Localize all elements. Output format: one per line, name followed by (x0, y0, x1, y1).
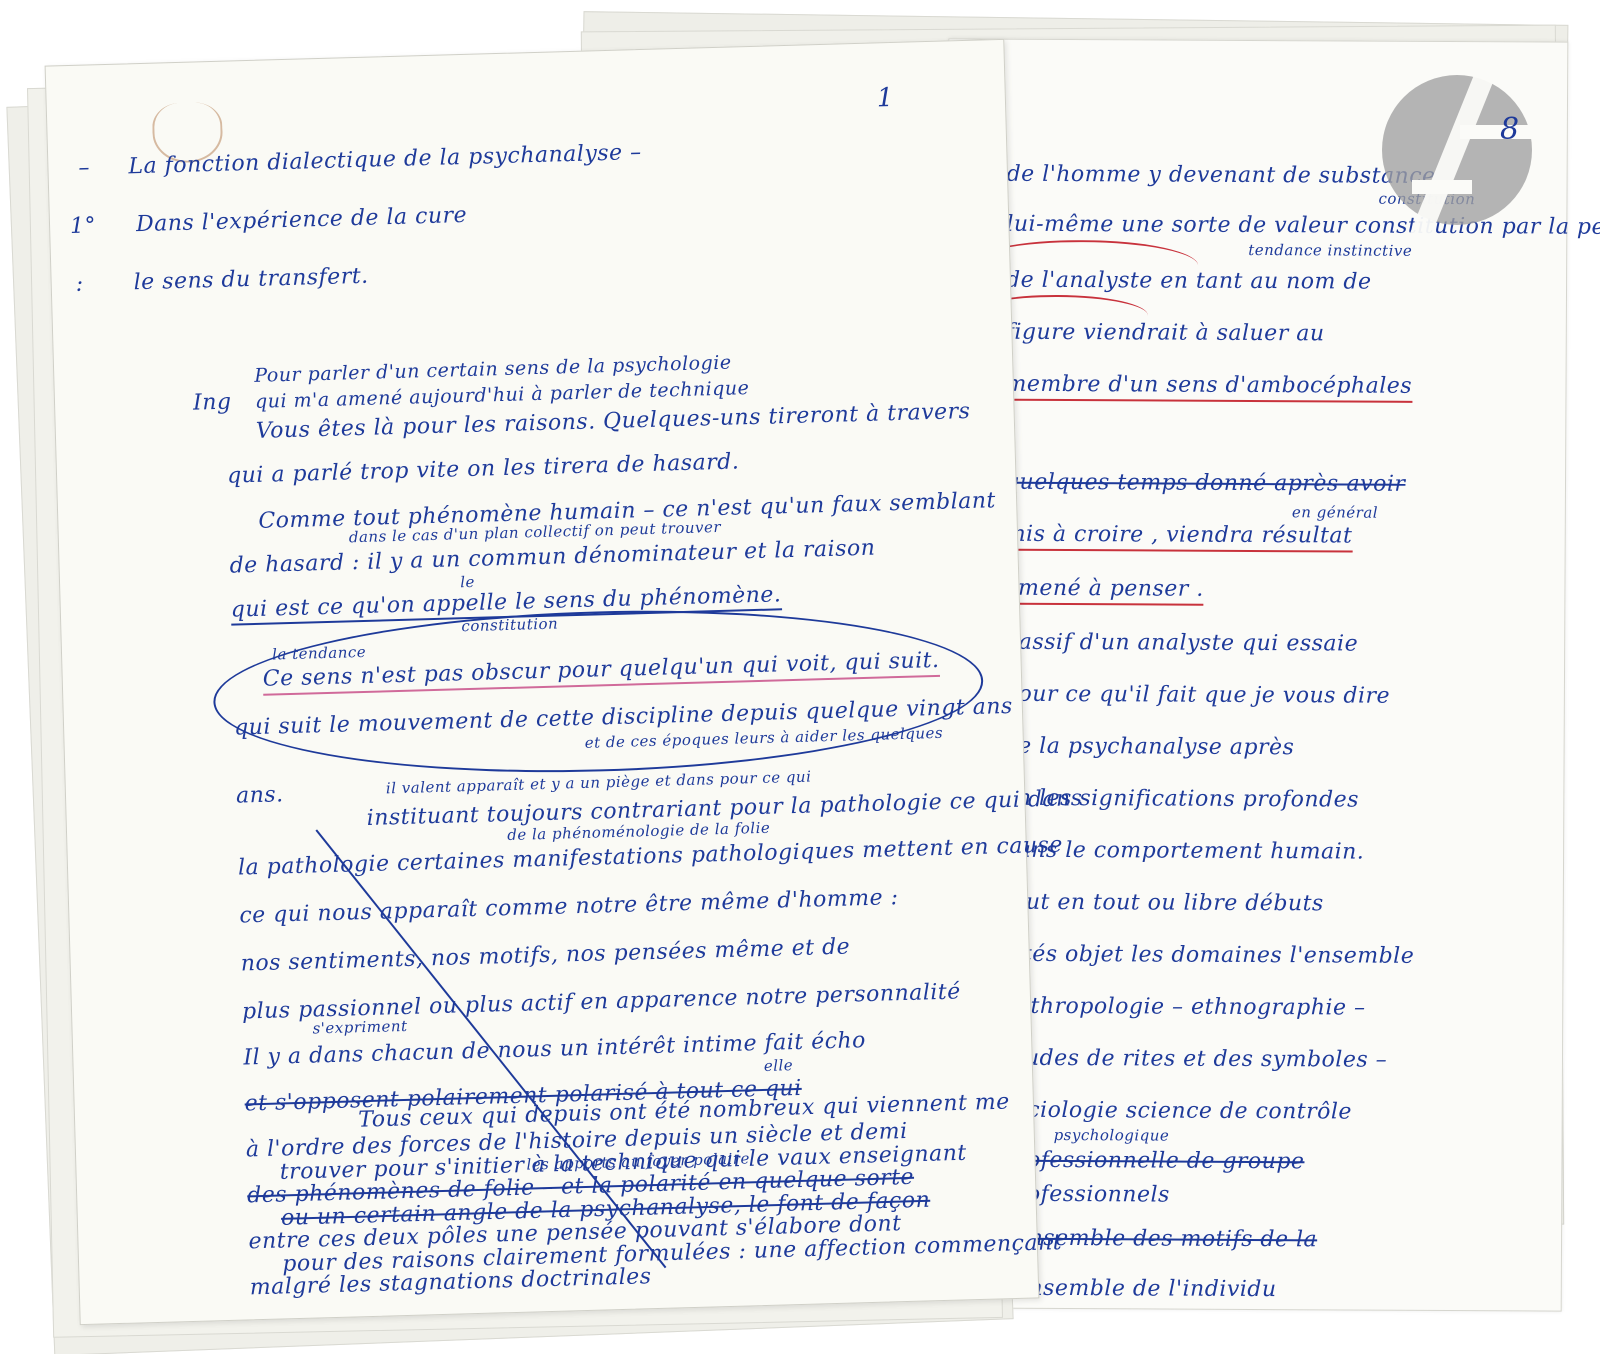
line: tout en tout ou libre débuts (1003, 890, 1324, 917)
manuscript-page-right: de l'homme y devenant de substance lui-m… (942, 38, 1569, 1311)
line: pour des raisons clairement formulées : … (282, 1230, 1062, 1277)
line: de la psychanalyse après (1004, 734, 1295, 761)
line: mis à croire , viendra résultat (1005, 522, 1353, 549)
line: l'ensemble de l'individu (1001, 1276, 1277, 1302)
line: amené à penser . (1004, 576, 1204, 602)
line: quelques temps donné après-avoir (1005, 470, 1406, 497)
heading-line: Dans l'expérience de la cure (136, 203, 468, 237)
page-number: 1 (876, 83, 894, 113)
interlinear-note: la tendance (272, 643, 367, 664)
page-number: 8 (1500, 112, 1519, 147)
line: professionnelle de groupe (1001, 1148, 1304, 1175)
line: anthropologie – ethnographie – (1002, 994, 1365, 1021)
line: ce qui nous apparaît comme notre être mê… (239, 885, 899, 928)
line: ou un certain angle de la psychanalyse, … (281, 1188, 931, 1231)
line: de hasard : il y a un commun dénominateu… (229, 536, 875, 579)
interlinear-note: psychologique (1054, 1126, 1170, 1145)
line: qui a parlé trop vite on les tirera de h… (227, 449, 740, 488)
line: sociologie science de contrôle (1002, 1098, 1352, 1125)
interlinear-note: en général (1292, 503, 1378, 521)
heading-marker: 1° (70, 213, 97, 239)
circle-letter-a-logo-icon (1382, 75, 1532, 225)
manuscript-page-left-bottom: Tous ceux qui depuis ont été nombreux qu… (247, 1049, 1023, 1300)
line: nos sentiments, nos motifs, nos pensées … (240, 935, 850, 977)
interlinear-note: s'expriment (312, 1017, 407, 1038)
heading-marker: : (75, 272, 84, 297)
line: membre d'un sens d'ambocéphales (1005, 372, 1412, 399)
margin-note: Ing (193, 390, 232, 416)
heading-line: le sens du transfert. (133, 264, 369, 296)
line: ans. (236, 782, 284, 808)
interlinear-note: il valent apparaît et y a un piège et da… (386, 768, 812, 798)
line: Tous ceux qui depuis ont été nombreux qu… (358, 1090, 1010, 1133)
line: études de rites et des symboles – (1002, 1046, 1387, 1073)
line: lui-même une sorte de valeur constitutio… (1006, 212, 1600, 241)
line: cités objet les domaines l'ensemble (1002, 942, 1414, 969)
line: passif d'un analyste qui essaie (1004, 630, 1358, 657)
line: de l'homme y devenant de substance (1007, 162, 1436, 189)
line: trouver pour s'initier à la technique qu… (279, 1141, 967, 1185)
interlinear-note: le (460, 573, 475, 591)
line: pour ce qu'il fait que je vous dire (1004, 682, 1390, 709)
interlinear-note: tendance instinctive (1248, 241, 1412, 260)
heading-marker: – (78, 155, 90, 180)
